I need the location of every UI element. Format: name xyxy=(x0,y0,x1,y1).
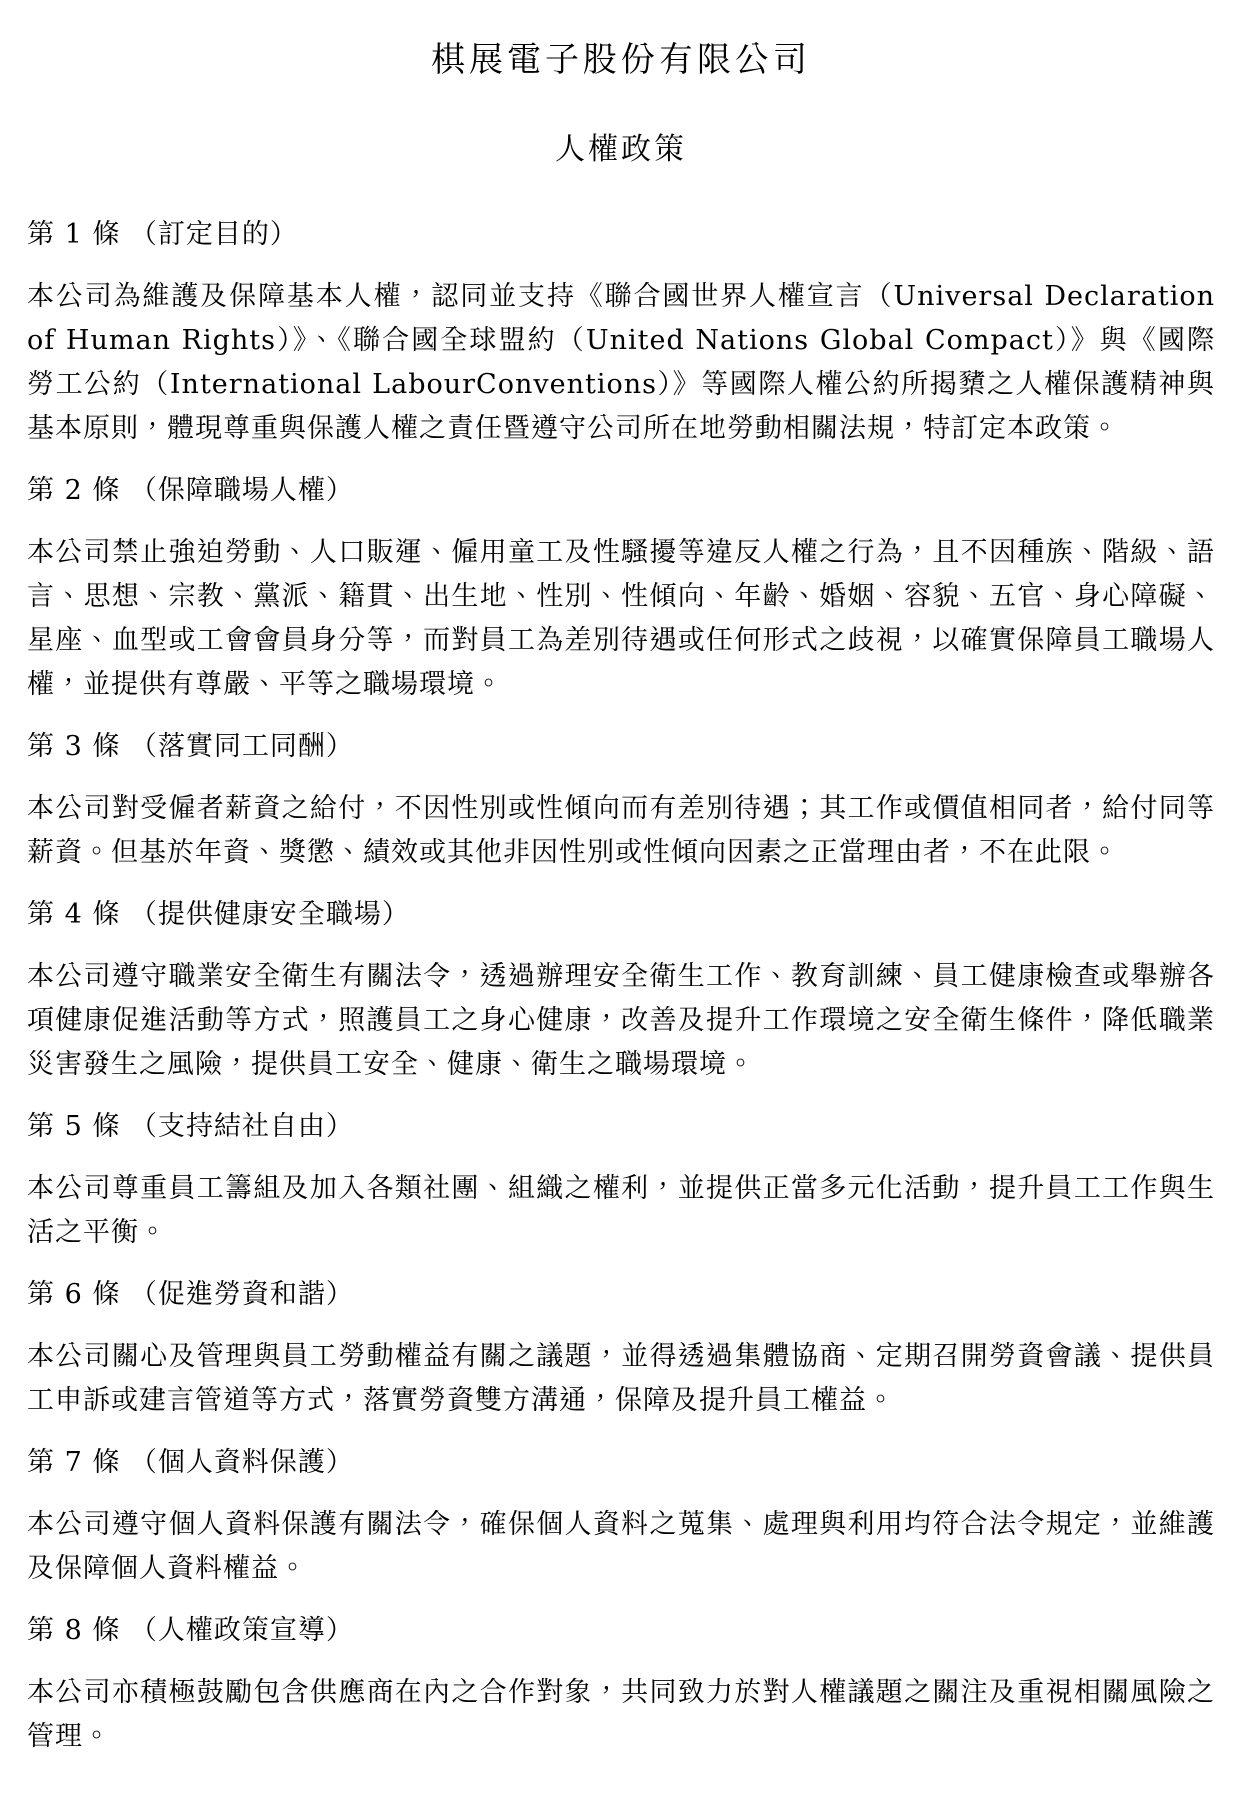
article-5-heading: 第 5 條 （支持結社自由） xyxy=(27,1105,1215,1149)
document-title: 人權政策 xyxy=(27,133,1215,167)
article-6: 第 6 條 （促進勞資和諧） 本公司關心及管理與員工勞動權益有關之議題，並得透過… xyxy=(27,1273,1215,1423)
article-6-heading: 第 6 條 （促進勞資和諧） xyxy=(27,1273,1215,1317)
article-5-body: 本公司尊重員工籌組及加入各類社團、組織之權利，並提供正當多元化活動，提升員工工作… xyxy=(27,1167,1215,1255)
article-4-heading: 第 4 條 （提供健康安全職場） xyxy=(27,893,1215,937)
article-3-heading: 第 3 條 （落實同工同酬） xyxy=(27,725,1215,769)
article-4-body: 本公司遵守職業安全衛生有關法令，透過辦理安全衛生工作、教育訓練、員工健康檢查或舉… xyxy=(27,955,1215,1087)
article-1-heading: 第 1 條 （訂定目的） xyxy=(27,213,1215,257)
article-8: 第 8 條 （人權政策宣導） 本公司亦積極鼓勵包含供應商在內之合作對象，共同致力… xyxy=(27,1609,1215,1759)
article-7-body: 本公司遵守個人資料保護有關法令，確保個人資料之蒐集、處理與利用均符合法令規定，並… xyxy=(27,1503,1215,1591)
article-8-heading: 第 8 條 （人權政策宣導） xyxy=(27,1609,1215,1653)
article-1: 第 1 條 （訂定目的） 本公司為維護及保障基本人權，認同並支持《聯合國世界人權… xyxy=(27,213,1215,451)
document-page: 棋展電子股份有限公司 人權政策 第 1 條 （訂定目的） 本公司為維護及保障基本… xyxy=(0,0,1241,1817)
article-3-body: 本公司對受僱者薪資之給付，不因性別或性傾向而有差別待遇；其工作或價值相同者，給付… xyxy=(27,787,1215,875)
article-3: 第 3 條 （落實同工同酬） 本公司對受僱者薪資之給付，不因性別或性傾向而有差別… xyxy=(27,725,1215,875)
article-7-heading: 第 7 條 （個人資料保護） xyxy=(27,1441,1215,1485)
article-2: 第 2 條 （保障職場人權） 本公司禁止強迫勞動、人口販運、僱用童工及性騷擾等違… xyxy=(27,469,1215,707)
article-4: 第 4 條 （提供健康安全職場） 本公司遵守職業安全衛生有關法令，透過辦理安全衛… xyxy=(27,893,1215,1087)
article-5: 第 5 條 （支持結社自由） 本公司尊重員工籌組及加入各類社團、組織之權利，並提… xyxy=(27,1105,1215,1255)
article-1-body: 本公司為維護及保障基本人權，認同並支持《聯合國世界人權宣言（Universal … xyxy=(27,275,1215,451)
article-2-heading: 第 2 條 （保障職場人權） xyxy=(27,469,1215,513)
article-7: 第 7 條 （個人資料保護） 本公司遵守個人資料保護有關法令，確保個人資料之蒐集… xyxy=(27,1441,1215,1591)
article-2-body: 本公司禁止強迫勞動、人口販運、僱用童工及性騷擾等違反人權之行為，且不因種族、階級… xyxy=(27,531,1215,707)
company-title: 棋展電子股份有限公司 xyxy=(27,43,1215,77)
article-8-body: 本公司亦積極鼓勵包含供應商在內之合作對象，共同致力於對人權議題之關注及重視相關風… xyxy=(27,1671,1215,1759)
article-6-body: 本公司關心及管理與員工勞動權益有關之議題，並得透過集體協商、定期召開勞資會議、提… xyxy=(27,1335,1215,1423)
